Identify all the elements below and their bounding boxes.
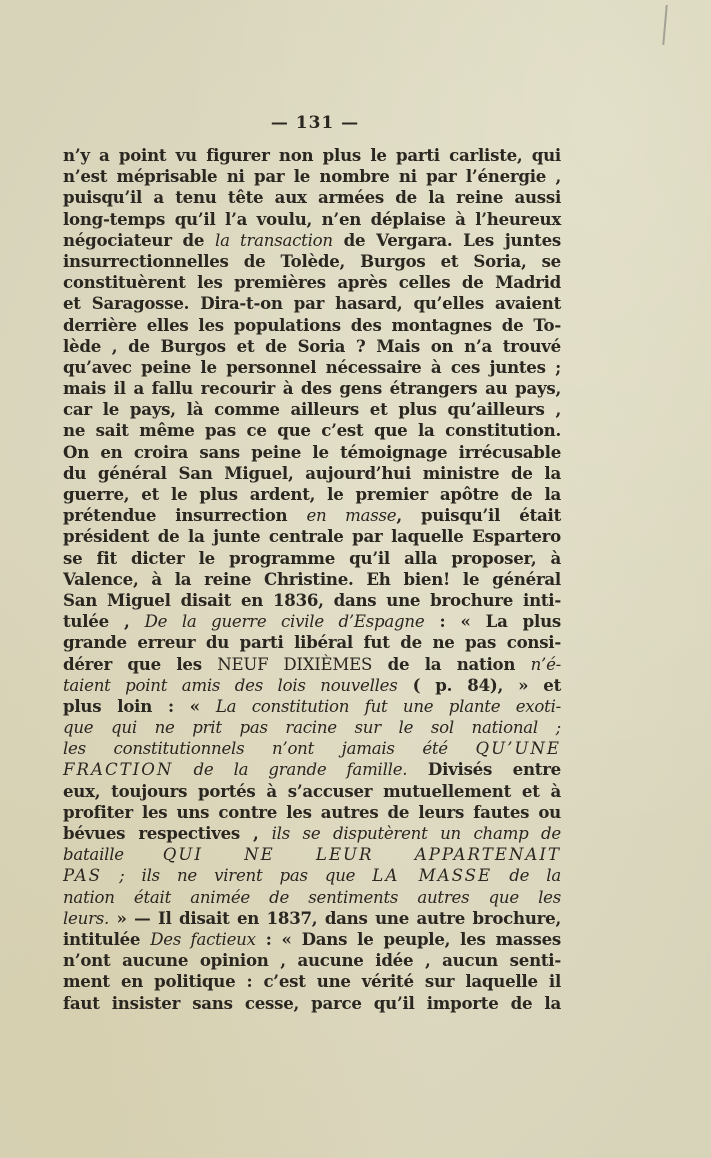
italic-span: leurs. [63,909,109,928]
italic-span: Des factieux [150,930,256,949]
emphasis-caps-span: LA MASSE [372,866,492,885]
text-line: long-temps qu’il l’a voulu, n’en déplais… [63,209,561,230]
text-span: bévues respectives , [63,823,272,843]
text-line: On en croira sans peine le témoignage ir… [63,442,561,463]
text-line: ment en politique : c’est une vérité sur… [63,971,561,992]
text-line: n’est méprisable ni par le nombre ni par… [63,166,561,187]
text-line: bataille QUI NE LEUR APPARTENAIT [63,844,561,865]
text-span: de la nation [372,654,530,674]
text-line: et Saragosse. Dira-t-on par hasard, qu’e… [63,293,561,314]
text-span: On en croira sans peine le témoignage ir… [63,442,561,462]
italic-span: La constitution fut une plante exoti- [216,697,561,716]
text-span: » — Il disait en 1837, dans une autre br… [109,908,561,928]
text-span: de Vergara. Les juntes [333,230,561,250]
text-span: insurrectionnelles de Tolède, Burgos et … [63,251,561,271]
text-line: lède , de Burgos et de Soria ? Mais on n… [63,336,561,357]
text-span: mais il a fallu recourir à des gens étra… [63,378,561,398]
text-span: , puisqu’il était [396,505,561,525]
emphasis-caps-span: QU’UNE [476,739,561,758]
text-span: négociateur de [63,230,215,250]
text-line: San Miguel disait en 1836, dans une broc… [63,590,561,611]
text-span: long-temps qu’il l’a voulu, n’en déplais… [63,209,561,229]
text-span: dérer que les [63,654,217,674]
text-span: Divisés entre [407,759,561,779]
text-span: n’ont aucune opinion , aucune idée , auc… [63,950,561,970]
text-line: PAS ; ils ne virent pas que LA MASSE de … [63,865,561,886]
text-line: n’ont aucune opinion , aucune idée , auc… [63,950,561,971]
text-line: prétendue insurrection en masse, puisqu’… [63,505,561,526]
text-line: du général San Miguel, aujourd’hui minis… [63,463,561,484]
italic-span: ils se disputèrent un champ de [272,824,561,843]
text-span: puisqu’il a tenu tête aux armées de la r… [63,187,561,207]
text-span: car le pays, là comme ailleurs et plus q… [63,399,561,419]
emphasis-caps-span: FRACTION [63,760,173,779]
italic-span: de la [492,866,561,885]
text-span: San Miguel disait en 1836, dans une broc… [63,590,561,610]
text-line: les constitutionnels n’ont jamais été QU… [63,738,561,759]
italic-span: les constitutionnels n’ont jamais été [63,739,476,758]
text-span: grande erreur du parti libéral fut de ne… [63,632,561,652]
italic-span: n’é- [531,655,561,674]
text-span: faut insister sans cesse, parce qu’il im… [63,993,561,1013]
text-line: négociateur de la transaction de Vergara… [63,230,561,251]
text-line: bévues respectives , ils se disputèrent … [63,823,561,844]
text-span: et Saragosse. Dira-t-on par hasard, qu’e… [63,293,561,313]
emphasis-caps-span: PAS [63,866,102,885]
text-span: eux, toujours portés à s’accuser mutuell… [63,781,561,801]
text-line: que qui ne prit pas racine sur le sol na… [63,717,561,738]
italic-span: nation était animée de sentiments autres… [63,888,561,907]
italic-span: en masse [306,506,396,525]
text-line: leurs. » — Il disait en 1837, dans une a… [63,908,561,929]
text-span: président de la junte centrale par laque… [63,526,561,546]
text-line: FRACTION de la grande famille. Divisés e… [63,759,561,780]
text-line: qu’avec peine le personnel nécessaire à … [63,357,561,378]
text-span: constituèrent les premières après celles… [63,272,561,292]
text-span: ment en politique : c’est une vérité sur… [63,971,561,991]
text-line: se fit dicter le programme qu’il alla pr… [63,548,561,569]
emphasis-caps-span: QUI NE LEUR APPARTENAIT [163,845,561,864]
paper-scratch-mark [662,5,667,45]
text-line: ne sait même pas ce que c’est que la con… [63,420,561,441]
text-span: prétendue insurrection [63,505,306,525]
text-span: tulée , [63,611,145,631]
text-span: derrière elles les populations des monta… [63,315,561,335]
text-span: profiter les uns contre les autres de le… [63,802,561,822]
text-line: Valence, à la reine Christine. Eh bien! … [63,569,561,590]
text-line: dérer que les NEUF DIXIÈMES de la nation… [63,654,561,675]
text-line: plus loin : « La constitution fut une pl… [63,696,561,717]
text-line: grande erreur du parti libéral fut de ne… [63,632,561,653]
text-line: puisqu’il a tenu tête aux armées de la r… [63,187,561,208]
italic-span: de la grande famille. [173,760,407,779]
italic-span: ; ils ne virent pas que [102,866,372,885]
emphasis-caps-span: NEUF DIXIÈMES [217,655,372,674]
text-line: faut insister sans cesse, parce qu’il im… [63,993,561,1014]
italic-span: taient point amis des lois nouvelles [63,676,398,695]
text-span: plus loin : « [63,696,216,716]
text-span: Valence, à la reine Christine. Eh bien! … [63,569,561,589]
text-span: qu’avec peine le personnel nécessaire à … [63,357,561,377]
page-number: — 131 — [0,113,630,133]
text-line: intitulée Des factieux : « Dans le peupl… [63,929,561,950]
text-line: constituèrent les premières après celles… [63,272,561,293]
text-span: lède , de Burgos et de Soria ? Mais on n… [63,336,561,356]
text-span: du général San Miguel, aujourd’hui minis… [63,463,561,483]
text-line: insurrectionnelles de Tolède, Burgos et … [63,251,561,272]
text-span: intitulée [63,929,150,949]
text-span: guerre, et le plus ardent, le premier ap… [63,484,561,504]
text-span: : « Dans le peuple, les masses [256,929,561,949]
text-line: profiter les uns contre les autres de le… [63,802,561,823]
text-span: : « La plus [424,611,561,631]
text-span: se fit dicter le programme qu’il alla pr… [63,548,561,568]
text-span: ( p. 84), » et [398,675,561,695]
text-line: président de la junte centrale par laque… [63,526,561,547]
text-line: eux, toujours portés à s’accuser mutuell… [63,781,561,802]
text-span: ne sait même pas ce que c’est que la con… [63,420,561,440]
text-span: n’est méprisable ni par le nombre ni par… [63,166,561,186]
italic-span: la transaction [215,231,333,250]
text-line: nation était animée de sentiments autres… [63,887,561,908]
italic-span: De la guerre civile d’Espagne [145,612,425,631]
text-line: car le pays, là comme ailleurs et plus q… [63,399,561,420]
italic-span: bataille [63,845,163,864]
text-line: n’y a point vu figurer non plus le parti… [63,145,561,166]
text-span: n’y a point vu figurer non plus le parti… [63,145,561,165]
book-page: — 131 — n’y a point vu figurer non plus … [0,0,711,1158]
text-line: mais il a fallu recourir à des gens étra… [63,378,561,399]
text-line: taient point amis des lois nouvelles ( p… [63,675,561,696]
text-line: derrière elles les populations des monta… [63,315,561,336]
italic-span: que qui ne prit pas racine sur le sol na… [63,718,561,737]
text-line: tulée , De la guerre civile d’Espagne : … [63,611,561,632]
body-text: n’y a point vu figurer non plus le parti… [63,145,561,1014]
text-line: guerre, et le plus ardent, le premier ap… [63,484,561,505]
